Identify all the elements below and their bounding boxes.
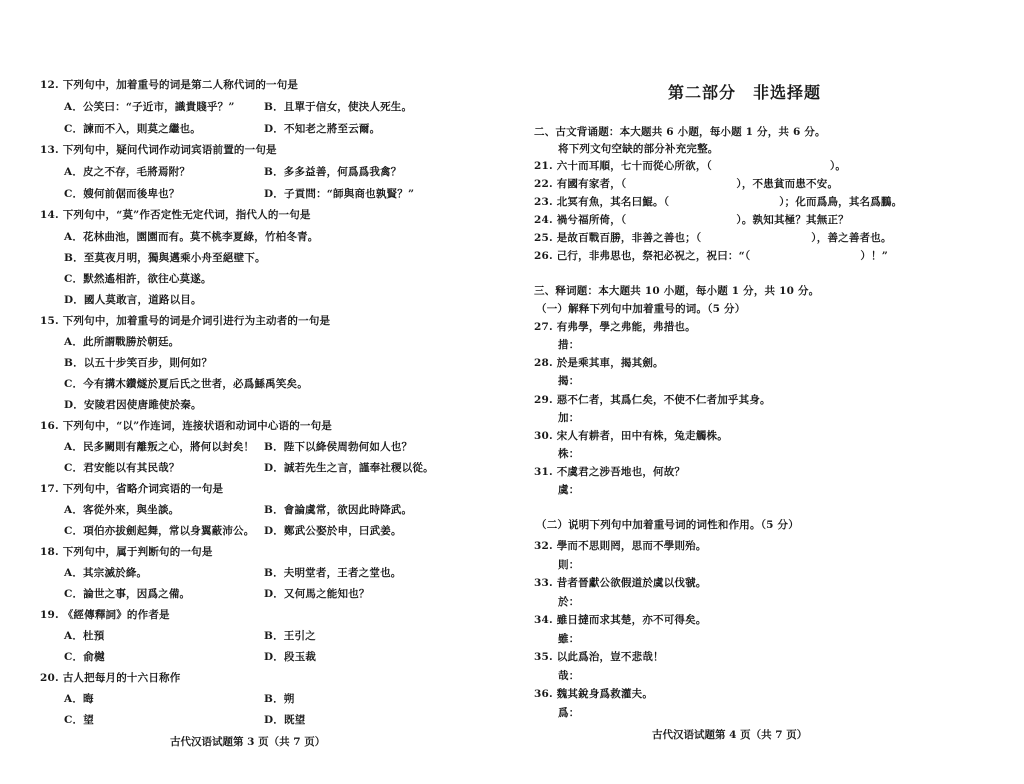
q18-option-a: A．其宗滅於絳。 bbox=[64, 566, 147, 580]
part-two-title: 第二部分 非选择题 bbox=[668, 80, 821, 103]
q13-option-d: D．子貢問：“師與商也孰賢？” bbox=[264, 187, 414, 201]
page-footer-3: 古代汉语试题第 3 页（共 7 页） bbox=[170, 734, 325, 749]
section3-part1-heading: （一）解释下列句中加着重号的词。（5 分） bbox=[536, 302, 745, 316]
q17-option-a: A．客從外來，與坐談。 bbox=[64, 503, 179, 517]
q15-option-b: B．以五十步笑百步，則何如？ bbox=[64, 356, 212, 370]
section2-heading: 二、古文背诵题：本大题共 6 小题，每小题 1 分，共 6 分。 bbox=[534, 125, 826, 139]
exam-page-3: 12. 下列句中，加着重号的词是第二人称代词的一句是 A．公笑曰：“子近市，識貴… bbox=[0, 0, 500, 784]
q15-option-a: A．此所謂戰勝於朝廷。 bbox=[64, 335, 179, 349]
section2-instruction: 将下列文句空缺的部分补充完整。 bbox=[558, 142, 719, 156]
answer-28-label: 揭： bbox=[558, 374, 579, 388]
q19-option-c: C．俞樾 bbox=[64, 650, 105, 664]
q16-option-d: D．誠若先生之言，謹奉社稷以從。 bbox=[264, 461, 434, 475]
answer-31-label: 虞： bbox=[558, 483, 579, 497]
answer-33-label: 於： bbox=[558, 595, 579, 609]
q13-option-c: C．嫂何前倨而後卑也？ bbox=[64, 187, 180, 201]
answer-32-label: 則： bbox=[558, 558, 579, 572]
q20-option-d: D．既望 bbox=[264, 713, 305, 727]
question-20-stem: 20. 古人把每月的十六日称作 bbox=[40, 671, 180, 685]
q19-option-a: A．杜預 bbox=[64, 629, 104, 643]
answer-34-label: 雖： bbox=[558, 632, 579, 646]
question-14-stem: 14. 下列句中，“莫”作否定性无定代词，指代人的一句是 bbox=[40, 208, 311, 222]
question-31: 31. 不虞君之涉吾地也，何故？ bbox=[534, 465, 685, 479]
answer-36-label: 爲： bbox=[558, 706, 579, 720]
answer-29-label: 加： bbox=[558, 411, 579, 425]
q16-option-c: C．君安能以有其民哉？ bbox=[64, 461, 180, 475]
q20-option-b: B．朔 bbox=[264, 692, 294, 706]
q16-option-b: B．陛下以絳侯周勃何如人也？ bbox=[264, 440, 412, 454]
question-15-stem: 15. 下列句中，加着重号的词是介词引进行为主动者的一句是 bbox=[40, 314, 330, 328]
question-22: 22. 有國有家者，（），不患貧而患不安。 bbox=[534, 177, 838, 191]
question-35: 35. 以此爲治，豈不悲哉！ bbox=[534, 650, 664, 664]
q13-option-a: A．皮之不存，毛將焉附？ bbox=[64, 165, 190, 179]
page-footer-4: 古代汉语试题第 4 页（共 7 页） bbox=[652, 727, 807, 742]
question-25: 25. 是故百戰百勝，非善之善也；（），善之善者也。 bbox=[534, 231, 892, 245]
question-26: 26. 己行，非弗思也，祭祀必祝之，祝曰：“（）！” bbox=[534, 249, 888, 263]
q12-option-d: D．不知老之將至云爾。 bbox=[264, 122, 380, 136]
question-36: 36. 魏其銳身爲救灌夫。 bbox=[534, 687, 653, 701]
question-27: 27. 有弗學，學之弗能，弗措也。 bbox=[534, 320, 696, 334]
q14-option-c: C．默然遙相許，欲往心莫遂。 bbox=[64, 272, 212, 286]
question-16-stem: 16. 下列句中，“以”作连词，连接状语和动词中心语的一句是 bbox=[40, 419, 332, 433]
q14-option-b: B．至莫夜月明，獨與邁乘小舟至絕壁下。 bbox=[64, 251, 266, 265]
question-19-stem: 19. 《經傳釋詞》的作者是 bbox=[40, 608, 170, 622]
q18-option-c: C．論世之事，因爲之備。 bbox=[64, 587, 190, 601]
q15-option-d: D．安陵君因使唐雎使於秦。 bbox=[64, 398, 202, 412]
q19-option-b: B．王引之 bbox=[264, 629, 316, 643]
q17-option-c: C．項伯亦拔劍起舞，常以身翼蔽沛公。 bbox=[64, 524, 254, 538]
question-29: 29. 惡不仁者，其爲仁矣，不使不仁者加乎其身。 bbox=[534, 393, 771, 407]
question-32: 32. 學而不思則罔，思而不學則殆。 bbox=[534, 539, 707, 553]
q12-option-c: C．諫而不入，則莫之繼也。 bbox=[64, 122, 201, 136]
q20-option-c: C．望 bbox=[64, 713, 94, 727]
question-34: 34. 雖日撻而求其楚，亦不可得矣。 bbox=[534, 613, 707, 627]
q17-option-d: D．鄭武公娶於申，曰武姜。 bbox=[264, 524, 402, 538]
section3-heading: 三、释词题：本大题共 10 小题，每小题 1 分，共 10 分。 bbox=[534, 284, 819, 298]
exam-page-4: 第二部分 非选择题 二、古文背诵题：本大题共 6 小题，每小题 1 分，共 6 … bbox=[512, 0, 1024, 784]
question-24: 24. 禍兮福所倚，（）。孰知其極？其無正？ bbox=[534, 213, 849, 227]
q19-option-d: D．段玉裁 bbox=[264, 650, 316, 664]
q20-option-a: A．晦 bbox=[64, 692, 94, 706]
q12-option-a: A．公笑曰：“子近市，識貴賤乎？” bbox=[64, 100, 235, 114]
answer-30-label: 株： bbox=[558, 447, 579, 461]
question-18-stem: 18. 下列句中，属于判断句的一句是 bbox=[40, 545, 213, 559]
q16-option-a: A．民多闕則有離叛之心，將何以封矣！ bbox=[64, 440, 254, 454]
question-30: 30. 宋人有耕者，田中有株，兔走觸株。 bbox=[534, 429, 728, 443]
q18-option-d: D．又何馬之能知也？ bbox=[264, 587, 370, 601]
question-23: 23. 北冥有魚，其名曰鯤。（）；化而爲鳥，其名爲鵬。 bbox=[534, 195, 902, 209]
question-21: 21. 六十而耳順，七十而從心所欲，（）。 bbox=[534, 159, 846, 173]
q12-option-b: B．且單于信女，使決人死生。 bbox=[264, 100, 412, 114]
question-13-stem: 13. 下列句中，疑问代词作动词宾语前置的一句是 bbox=[40, 143, 277, 157]
section3-part2-heading: （二）说明下列句中加着重号词的词性和作用。（5 分） bbox=[536, 518, 799, 532]
answer-35-label: 哉： bbox=[558, 669, 579, 683]
q14-option-a: A．花林曲池，園園而有。莫不桃李夏綠，竹柏冬青。 bbox=[64, 230, 318, 244]
q13-option-b: B．多多益善，何爲爲我禽？ bbox=[264, 165, 401, 179]
question-12-stem: 12. 下列句中，加着重号的词是第二人称代词的一句是 bbox=[40, 78, 298, 92]
question-28: 28. 於是乘其車，揭其劍。 bbox=[534, 356, 664, 370]
question-17-stem: 17. 下列句中，省略介词宾语的一句是 bbox=[40, 482, 223, 496]
q17-option-b: B．會論虞常，欲因此時降武。 bbox=[264, 503, 412, 517]
q18-option-b: B．夫明堂者，王者之堂也。 bbox=[264, 566, 401, 580]
q15-option-c: C．今有搆木鑽燧於夏后氏之世者，必爲鯀禹笑矣。 bbox=[64, 377, 308, 391]
question-33: 33. 昔者晉獻公欲假道於虞以伐虢。 bbox=[534, 576, 707, 590]
q14-option-d: D．國人莫敢言，道路以目。 bbox=[64, 293, 202, 307]
answer-27-label: 措： bbox=[558, 338, 579, 352]
